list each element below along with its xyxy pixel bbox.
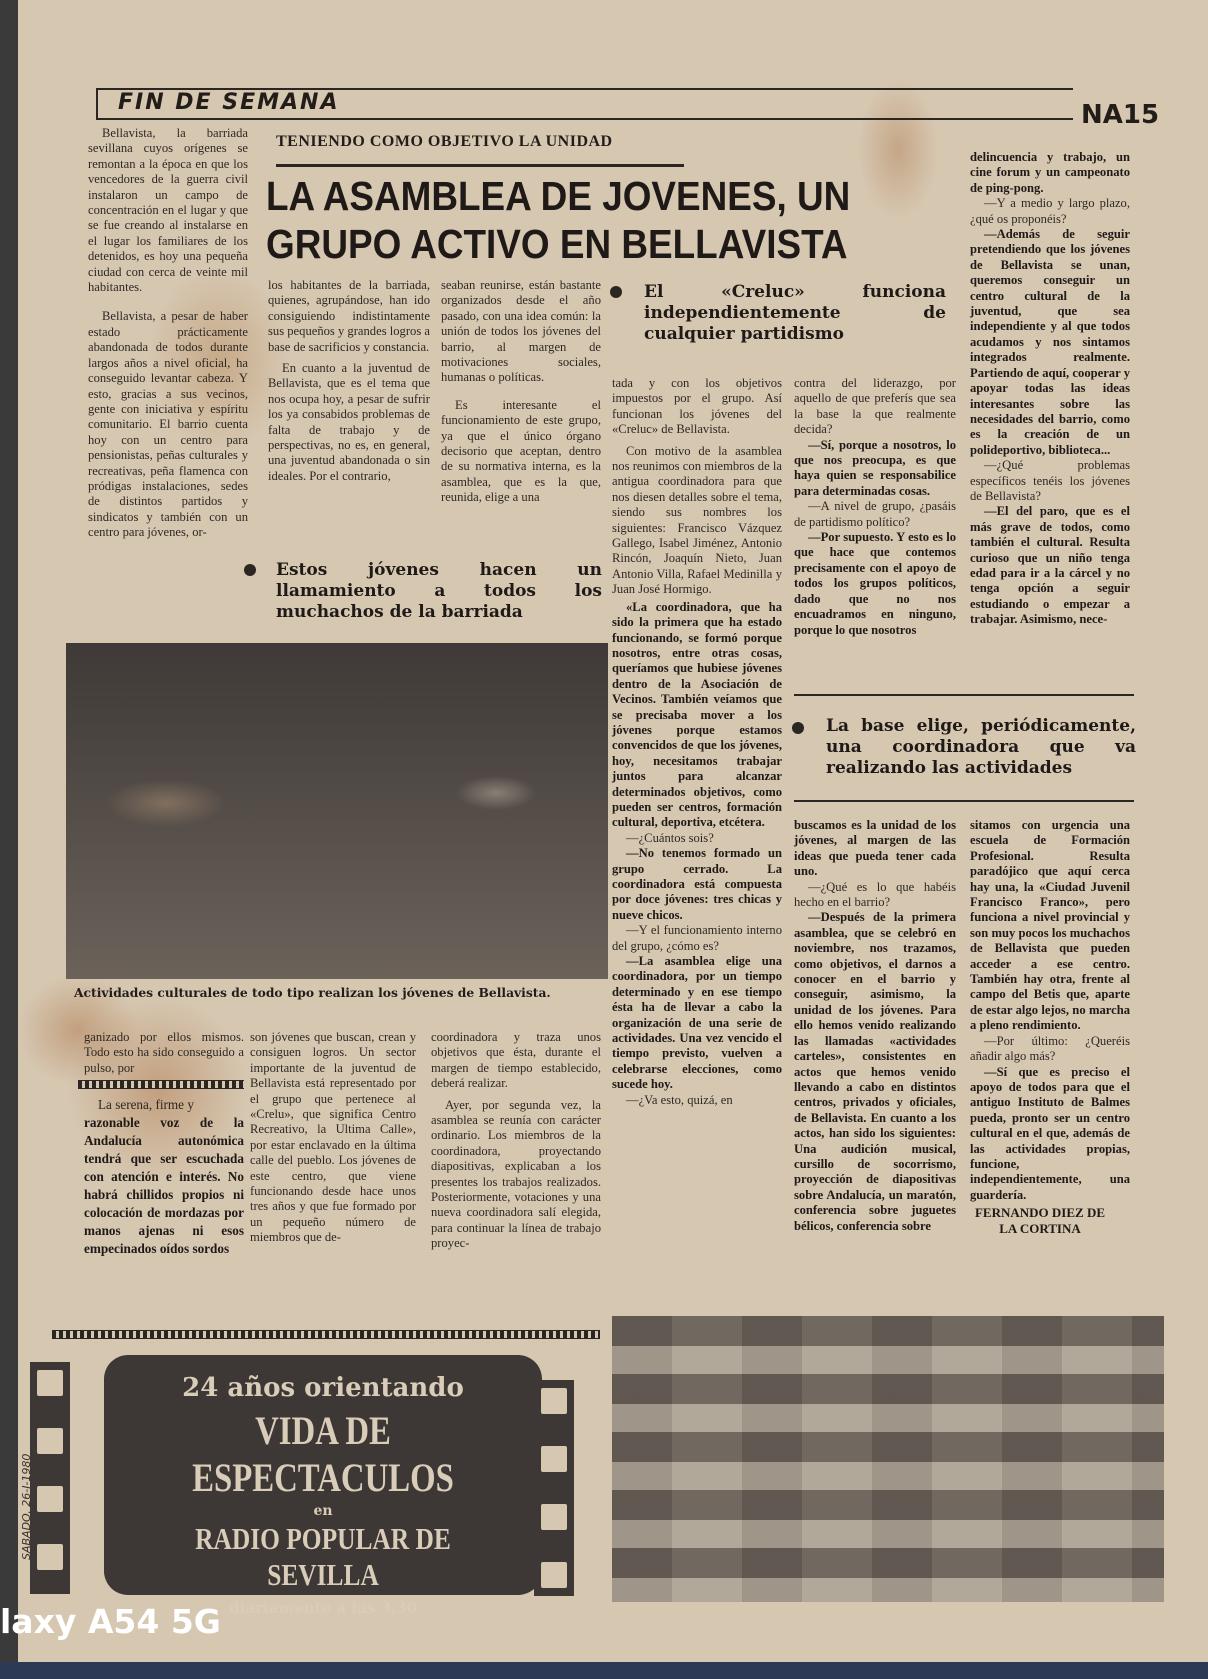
braid-divider <box>78 1080 244 1089</box>
paragraph: contra del liderazgo, por aquello de que… <box>794 376 956 438</box>
column-3: seaban reunirse, están bastante organiza… <box>441 278 601 512</box>
section-title: FIN DE SEMANA <box>118 90 339 115</box>
dateline: SABADO, 26-I-1980 <box>20 1454 33 1560</box>
paragraph: Bellavista, a pesar de haber estado prác… <box>88 309 248 540</box>
photo-cultural-activities <box>66 643 608 979</box>
film-strip-right-icon <box>534 1380 574 1596</box>
bullet-icon <box>610 286 622 298</box>
answer: —No tenemos formado un grupo cerrado. La… <box>612 846 782 923</box>
braid-divider <box>52 1330 600 1339</box>
answer: —Después de la primera asamblea, que se … <box>794 910 956 1234</box>
question: —¿Qué problemas específicos tenéis los j… <box>970 458 1130 504</box>
box-lead: La serena, firme y <box>84 1096 244 1114</box>
subhead-base-elige: La base elige, periódicamente, una coord… <box>826 716 1136 779</box>
subhead-llamamiento: Estos jóvenes hacen un llamamiento a tod… <box>276 560 602 623</box>
question: —¿Va esto, quizá, en <box>612 1093 782 1108</box>
photo-apartment-buildings <box>612 1316 1164 1602</box>
column-1: Bellavista, la barriada sevillana cuyos … <box>88 126 248 547</box>
answer: —Sí que es preciso el apoyo de todos par… <box>970 1065 1130 1204</box>
bottom-column-3: coordinadora y traza unos objetivos que … <box>431 1030 601 1258</box>
column-6-top: delincuencia y trabajo, un cine forum y … <box>970 150 1130 634</box>
ad-line-2: VIDA DE ESPECTACULOS <box>143 1407 502 1501</box>
film-strip-left-icon <box>30 1362 70 1594</box>
subhead-creluc: El «Creluc» funciona independientemente … <box>644 282 946 345</box>
ad-line-1: 24 años orientando <box>104 1373 542 1403</box>
section-rule <box>794 800 1134 802</box>
paragraph: Es interesante el funcionamiento de este… <box>441 398 601 506</box>
paragraph: Con motivo de la asamblea nos reunimos c… <box>612 444 782 598</box>
answer: —La asamblea elige una coordinadora, por… <box>612 954 782 1093</box>
question: —¿Cuántos sois? <box>612 831 782 846</box>
answer: —Además de seguir pretendiendo que los j… <box>970 227 1130 458</box>
ad-line-4: RADIO POPULAR DE SEVILLA <box>143 1521 502 1593</box>
section-rule <box>794 694 1134 696</box>
question: —¿Qué es lo que habéis hecho en el barri… <box>794 880 956 911</box>
box-body: razonable voz de la Andalucía autonómica… <box>84 1114 244 1258</box>
newspaper-page: FIN DE SEMANA NA15 TENIENDO COMO OBJETIV… <box>18 0 1208 1679</box>
question: —Y a medio y largo plazo, ¿qué os propon… <box>970 196 1130 227</box>
kicker-rule <box>276 164 684 167</box>
editorial-box: La serena, firme y razonable voz de la A… <box>84 1096 244 1258</box>
paragraph: buscamos es la unidad de los jóvenes, al… <box>794 818 956 880</box>
paragraph: sitamos con urgencia una escuela de Form… <box>970 818 1130 1034</box>
paragraph: En cuanto a la juventud de Bellavista, q… <box>268 361 430 484</box>
background-edge <box>0 1662 1208 1679</box>
bullet-icon <box>792 722 804 734</box>
answer: —Por supuesto. Y esto es lo que hace que… <box>794 530 956 638</box>
camera-watermark: laxy A54 5G <box>0 1602 221 1641</box>
column-6-bottom: sitamos con urgencia una escuela de Form… <box>970 818 1130 1236</box>
radio-advertisement: 24 años orientando VIDA DE ESPECTACULOS … <box>104 1355 542 1595</box>
question: —Y el funcionamiento interno del grupo, … <box>612 923 782 954</box>
question: —Por último: ¿Queréis añadir algo más? <box>970 1034 1130 1065</box>
page-number: NA15 <box>1081 100 1159 130</box>
answer: —Sí, porque a nosotros, lo que nos preoc… <box>794 438 956 500</box>
question: —A nivel de grupo, ¿pasáis de partidismo… <box>794 499 956 530</box>
column-5-bottom: buscamos es la unidad de los jóvenes, al… <box>794 818 956 1240</box>
paragraph: ganizado por ellos mismos. Todo esto ha … <box>84 1030 244 1076</box>
paragraph: Bellavista, la barriada sevillana cuyos … <box>88 126 248 295</box>
paragraph: seaban reunirse, están bastante organiza… <box>441 278 601 386</box>
article-kicker: TENIENDO COMO OBJETIVO LA UNIDAD <box>276 133 613 151</box>
column-4-top: tada y con los objetivos impuestos por e… <box>612 376 782 1114</box>
paragraph: coordinadora y traza unos objetivos que … <box>431 1030 601 1092</box>
article-headline: LA ASAMBLEA DE JOVENES, UN GRUPO ACTIVO … <box>266 172 914 268</box>
bottom-column-2: son jóvenes que buscan, crean y consigue… <box>250 1030 416 1252</box>
paragraph: Ayer, por segunda vez, la asamblea se re… <box>431 1098 601 1252</box>
byline: FERNANDO DIEZ DE LA CORTINA <box>970 1205 1110 1236</box>
ad-line-3: en <box>104 1503 542 1519</box>
masthead-bar: FIN DE SEMANA <box>96 88 1073 120</box>
bottom-column-1: ganizado por ellos mismos. Todo esto ha … <box>84 1030 244 1082</box>
answer: —El del paro, que es el más grave de tod… <box>970 504 1130 627</box>
paragraph-bold: «La coordinadora, que ha sido la primera… <box>612 600 782 831</box>
paragraph: los habitantes de la barriada, quienes, … <box>268 278 430 355</box>
photo-caption: Actividades culturales de todo tipo real… <box>74 985 551 1000</box>
column-2: los habitantes de la barriada, quienes, … <box>268 278 430 490</box>
paragraph: delincuencia y trabajo, un cine forum y … <box>970 150 1130 196</box>
bullet-icon <box>244 564 256 576</box>
paragraph: tada y con los objetivos impuestos por e… <box>612 376 782 438</box>
column-5-top: contra del liderazgo, por aquello de que… <box>794 376 956 644</box>
paragraph: son jóvenes que buscan, crean y consigue… <box>250 1030 416 1246</box>
